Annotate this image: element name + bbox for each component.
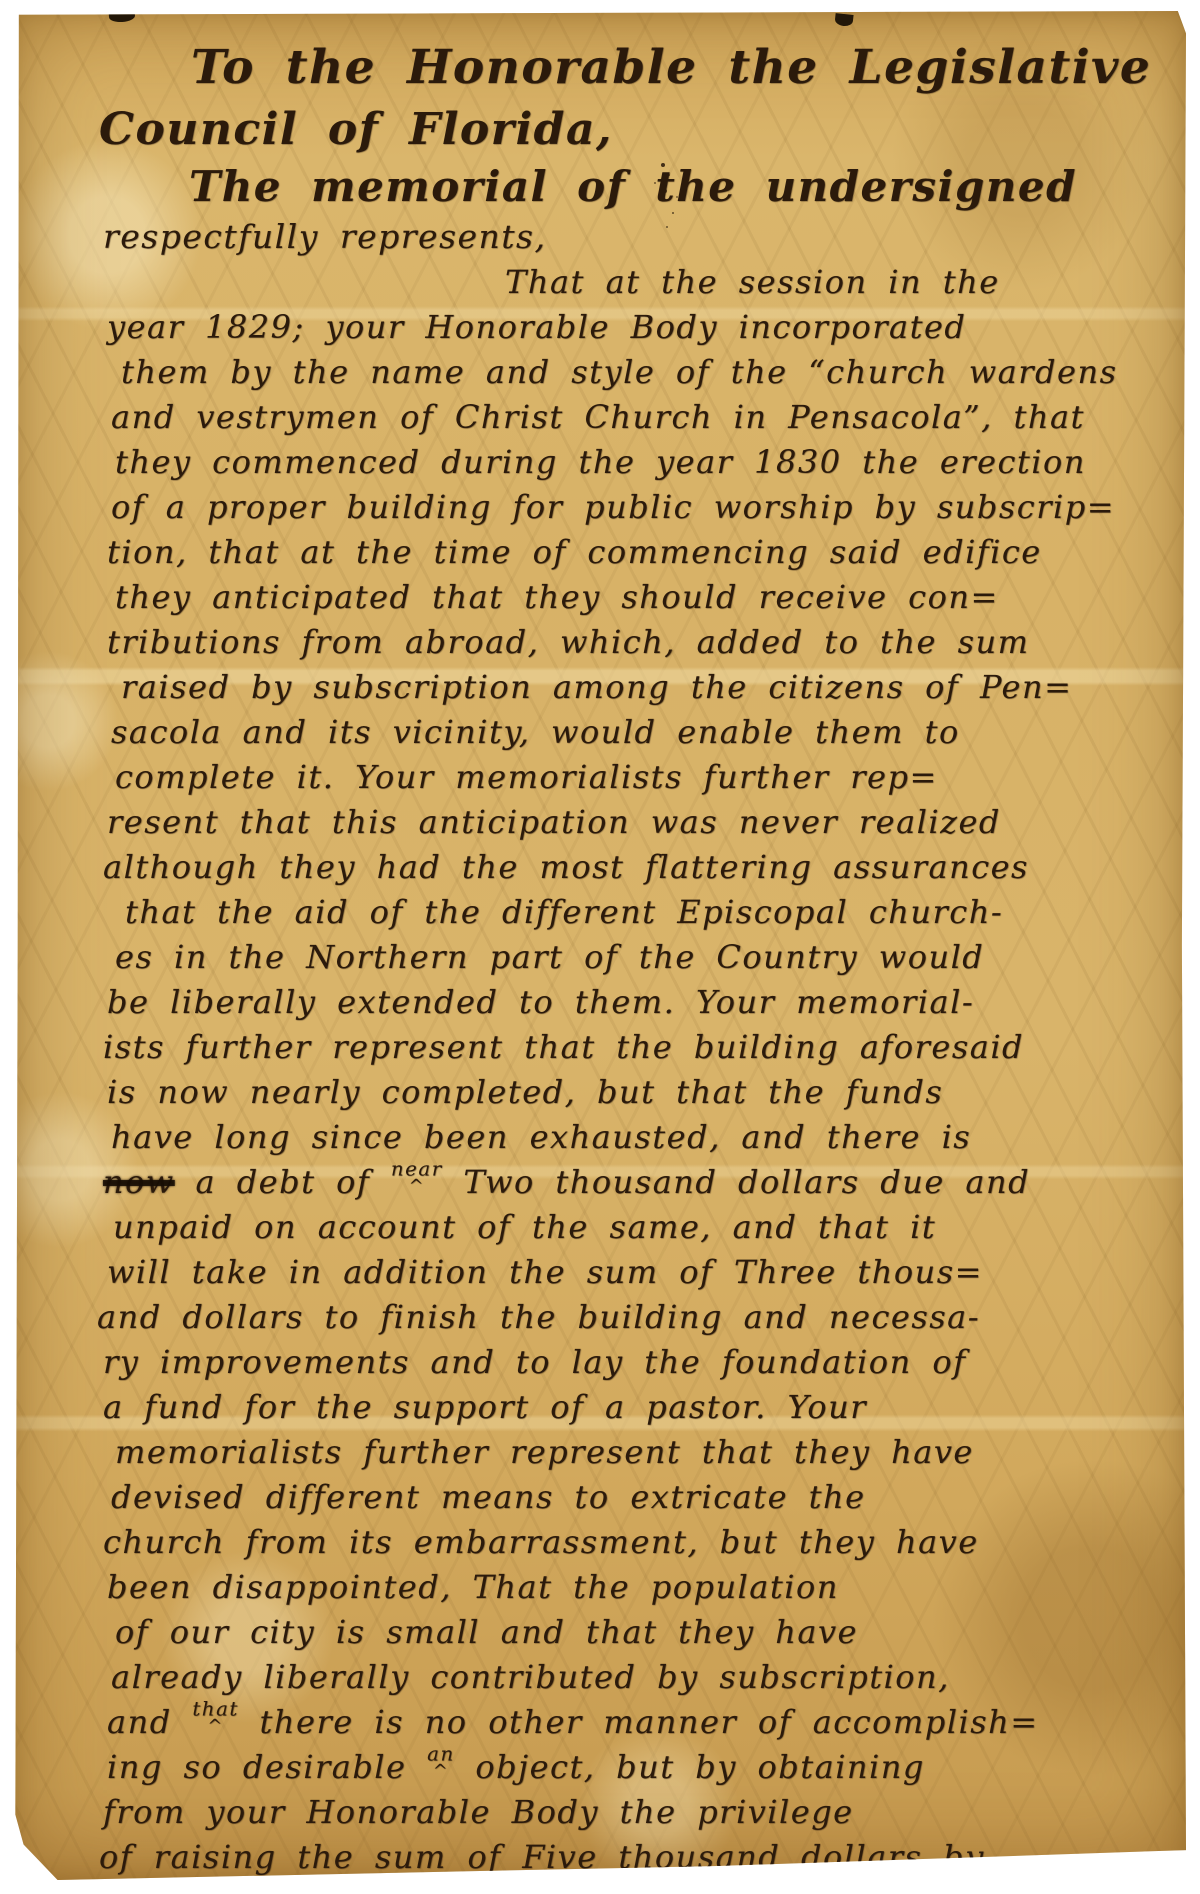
handwritten-text: Council of Florida, bbox=[99, 104, 613, 155]
manuscript-line: That at the session in the bbox=[13, 259, 1186, 305]
handwritten-text: they commenced during the year 1830 the … bbox=[115, 443, 1086, 481]
manuscript-line: them by the name and style of the “churc… bbox=[13, 350, 1186, 395]
manuscript-line: resent that this anticipation was never … bbox=[13, 800, 1186, 845]
handwritten-text: is now nearly completed, but that the fu… bbox=[107, 1073, 943, 1111]
manuscript-line: Council of Florida, bbox=[13, 101, 1186, 159]
manuscript-line: unpaid on account of the same, and that … bbox=[13, 1205, 1186, 1250]
manuscript-line: already liberally contributed by subscri… bbox=[13, 1655, 1186, 1700]
inserted-word: an bbox=[427, 1746, 455, 1762]
handwritten-text: complete it. Your memorialists further r… bbox=[115, 758, 938, 796]
handwritten-text: been disappointed, That the population bbox=[107, 1568, 839, 1606]
manuscript-line: church from its embarrassment, but they … bbox=[13, 1520, 1186, 1565]
handwritten-text: them by the name and style of the “churc… bbox=[121, 353, 1118, 391]
manuscript-line: will take in addition the sum of Three t… bbox=[13, 1250, 1186, 1295]
manuscript-line: and dollars to finish the building and n… bbox=[13, 1295, 1186, 1340]
manuscript-line: they anticipated that they should receiv… bbox=[13, 575, 1186, 620]
manuscript-line: been disappointed, That the population bbox=[13, 1565, 1186, 1610]
handwritten-text: ists further represent that the building… bbox=[103, 1028, 1024, 1066]
handwritten-text: of our city is small and that they have bbox=[115, 1613, 858, 1651]
handwritten-text: tributions from abroad, which, added to … bbox=[107, 623, 1030, 661]
manuscript-page: To the Honorable the LegislativeCouncil … bbox=[13, 11, 1186, 1880]
caret-mark: ^ bbox=[409, 1179, 425, 1193]
handwritten-text: ry improvements and to lay the foundatio… bbox=[103, 1343, 966, 1381]
manuscript-line: The memorial of the undersigned bbox=[13, 159, 1186, 215]
handwritten-text: es in the Northern part of the Country w… bbox=[115, 938, 984, 976]
handwritten-text: have long since been exhausted, and ther… bbox=[111, 1118, 971, 1156]
manuscript-line: although they had the most flattering as… bbox=[13, 845, 1186, 890]
handwritten-text: tion, that at the time of commencing sai… bbox=[107, 533, 1042, 571]
struck-out-word: now bbox=[103, 1163, 175, 1201]
manuscript-line: of raising the sum of Five thousand doll… bbox=[13, 1835, 1186, 1880]
paper-tear-mark bbox=[109, 10, 136, 23]
manuscript-line: memorialists further represent that they… bbox=[13, 1430, 1186, 1475]
handwritten-text: sacola and its vicinity, would enable th… bbox=[111, 713, 960, 751]
handwritten-text: be liberally extended to them. Your memo… bbox=[107, 983, 974, 1021]
handwritten-text: Two thousand dollars due and bbox=[443, 1163, 1030, 1201]
handwritten-text: they anticipated that they should receiv… bbox=[115, 578, 999, 616]
handwritten-text: The memorial of the undersigned bbox=[189, 162, 1077, 211]
handwritten-text: a debt of bbox=[175, 1163, 391, 1201]
handwritten-text: that the aid of the different Episcopal … bbox=[125, 893, 1003, 931]
handwritten-text: and dollars to finish the building and n… bbox=[97, 1298, 980, 1336]
paper-tear-mark bbox=[834, 13, 853, 27]
handwritten-text: resent that this anticipation was never … bbox=[107, 803, 1001, 841]
handwritten-text: respectfully represents, bbox=[103, 217, 546, 256]
handwritten-text: ing so desirable bbox=[107, 1748, 427, 1786]
handwritten-text: already liberally contributed by subscri… bbox=[111, 1658, 950, 1696]
interlinear-insertion: near^ bbox=[391, 1161, 443, 1193]
handwritten-text: To the Honorable the Legislative bbox=[191, 40, 1151, 95]
manuscript-line: and vestrymen of Christ Church in Pensac… bbox=[13, 395, 1186, 440]
handwritten-text: devised different means to extricate the bbox=[111, 1478, 866, 1516]
handwritten-text: object, but by obtaining bbox=[455, 1748, 925, 1786]
handwritten-text: year 1829; your Honorable Body incorpora… bbox=[107, 308, 966, 346]
manuscript-line: is now nearly completed, but that the fu… bbox=[13, 1070, 1186, 1115]
handwritten-text: That at the session in the bbox=[505, 263, 1000, 301]
manuscript-line: now a debt of near^ Two thousand dollars… bbox=[13, 1160, 1186, 1205]
handwritten-text-block: To the Honorable the LegislativeCouncil … bbox=[13, 35, 1186, 1880]
inserted-word: near bbox=[391, 1161, 443, 1177]
manuscript-line: tion, that at the time of commencing sai… bbox=[13, 530, 1186, 575]
manuscript-line: have long since been exhausted, and ther… bbox=[13, 1115, 1186, 1160]
manuscript-line: tributions from abroad, which, added to … bbox=[13, 620, 1186, 665]
caret-mark: ^ bbox=[207, 1719, 223, 1733]
manuscript-line: respectfully represents, bbox=[13, 215, 1186, 259]
handwritten-text: raised by subscription among the citizen… bbox=[121, 668, 1072, 706]
manuscript-line: ry improvements and to lay the foundatio… bbox=[13, 1340, 1186, 1385]
inserted-word: that bbox=[192, 1701, 239, 1717]
manuscript-line: devised different means to extricate the bbox=[13, 1475, 1186, 1520]
caret-mark: ^ bbox=[433, 1764, 449, 1778]
document-scan: To the Honorable the LegislativeCouncil … bbox=[0, 0, 1200, 1894]
manuscript-line: be liberally extended to them. Your memo… bbox=[13, 980, 1186, 1025]
handwritten-text: although they had the most flattering as… bbox=[103, 848, 1029, 886]
interlinear-insertion: an^ bbox=[427, 1746, 455, 1778]
manuscript-line: raised by subscription among the citizen… bbox=[13, 665, 1186, 710]
manuscript-line: they commenced during the year 1830 the … bbox=[13, 440, 1186, 485]
manuscript-line: sacola and its vicinity, would enable th… bbox=[13, 710, 1186, 755]
manuscript-line: of our city is small and that they have bbox=[13, 1610, 1186, 1655]
handwritten-text: and vestrymen of Christ Church in Pensac… bbox=[111, 398, 1085, 436]
handwritten-text: there is no other manner of accomplish= bbox=[239, 1703, 1039, 1741]
handwritten-text: unpaid on account of the same, and that … bbox=[113, 1208, 936, 1246]
handwritten-text: and bbox=[107, 1703, 192, 1741]
handwritten-text: of raising the sum of Five thousand doll… bbox=[99, 1838, 985, 1876]
manuscript-line: complete it. Your memorialists further r… bbox=[13, 755, 1186, 800]
manuscript-line: that the aid of the different Episcopal … bbox=[13, 890, 1186, 935]
manuscript-line: from your Honorable Body the privilege bbox=[13, 1790, 1186, 1835]
handwritten-text: memorialists further represent that they… bbox=[115, 1433, 974, 1471]
manuscript-line: year 1829; your Honorable Body incorpora… bbox=[13, 305, 1186, 350]
handwritten-text: of a proper building for public worship … bbox=[111, 488, 1115, 526]
manuscript-line: To the Honorable the Legislative bbox=[13, 35, 1186, 101]
handwritten-text: will take in addition the sum of Three t… bbox=[107, 1253, 983, 1291]
manuscript-line: of a proper building for public worship … bbox=[13, 485, 1186, 530]
handwritten-text: church from its embarrassment, but they … bbox=[103, 1523, 979, 1561]
manuscript-line: ists further represent that the building… bbox=[13, 1025, 1186, 1070]
manuscript-line: es in the Northern part of the Country w… bbox=[13, 935, 1186, 980]
manuscript-line: and that^ there is no other manner of ac… bbox=[13, 1700, 1186, 1745]
manuscript-line: ing so desirable an^ object, but by obta… bbox=[13, 1745, 1186, 1790]
handwritten-text: from your Honorable Body the privilege bbox=[103, 1793, 854, 1831]
interlinear-insertion: that^ bbox=[192, 1701, 239, 1733]
handwritten-text: a fund for the support of a pastor. Your bbox=[103, 1388, 867, 1426]
manuscript-line: a fund for the support of a pastor. Your bbox=[13, 1385, 1186, 1430]
